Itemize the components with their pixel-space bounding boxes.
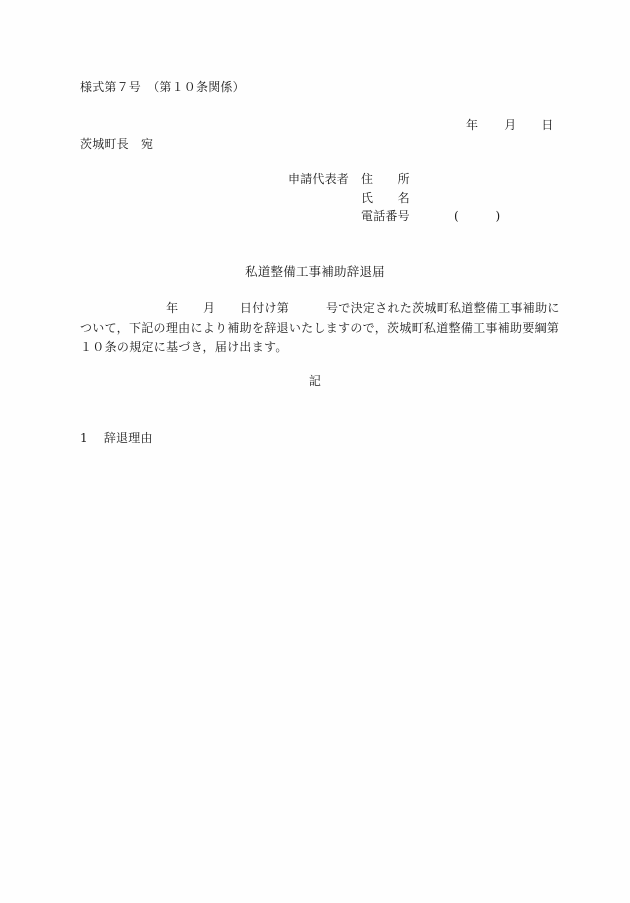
item-number: 1: [80, 431, 88, 445]
phone-label: 電話番号: [361, 209, 410, 223]
applicant-label: 申請代表者: [288, 172, 349, 186]
item-label: 辞退理由: [104, 431, 153, 445]
document-page: 様式第７号 （第１０条関係） 年月日 茨城町長 宛 申請代表者 住 所 氏 名 …: [0, 0, 630, 903]
date-line: 年月日: [466, 118, 554, 132]
body-paragraph: 年 月 日付け第 号で決定された茨城町私道整備工事補助について，下記の理由により…: [80, 299, 552, 358]
body-line: １０条の規定に基づき，届け出ます。: [80, 338, 552, 358]
name-label: 氏 名: [361, 191, 410, 205]
body-line: 年 月 日付け第 号で決定された茨城町私道整備工事補助に: [80, 299, 552, 319]
address-label: 住 所: [361, 172, 410, 186]
body-line: ついて，下記の理由により補助を辞退いたしますので，茨城町私道整備工事補助要綱第: [80, 319, 552, 339]
document-title: 私道整備工事補助辞退届: [0, 265, 630, 279]
date-day-label: 日: [541, 118, 553, 132]
date-month-label: 月: [504, 118, 516, 132]
item-withdrawal-reason: 1辞退理由: [80, 431, 153, 445]
form-number: 様式第７号 （第１０条関係）: [80, 80, 245, 94]
date-year-label: 年: [466, 118, 478, 132]
addressee: 茨城町長 宛: [80, 137, 153, 151]
phone-parens: ( ): [454, 209, 500, 223]
ki-heading: 記: [0, 374, 630, 388]
